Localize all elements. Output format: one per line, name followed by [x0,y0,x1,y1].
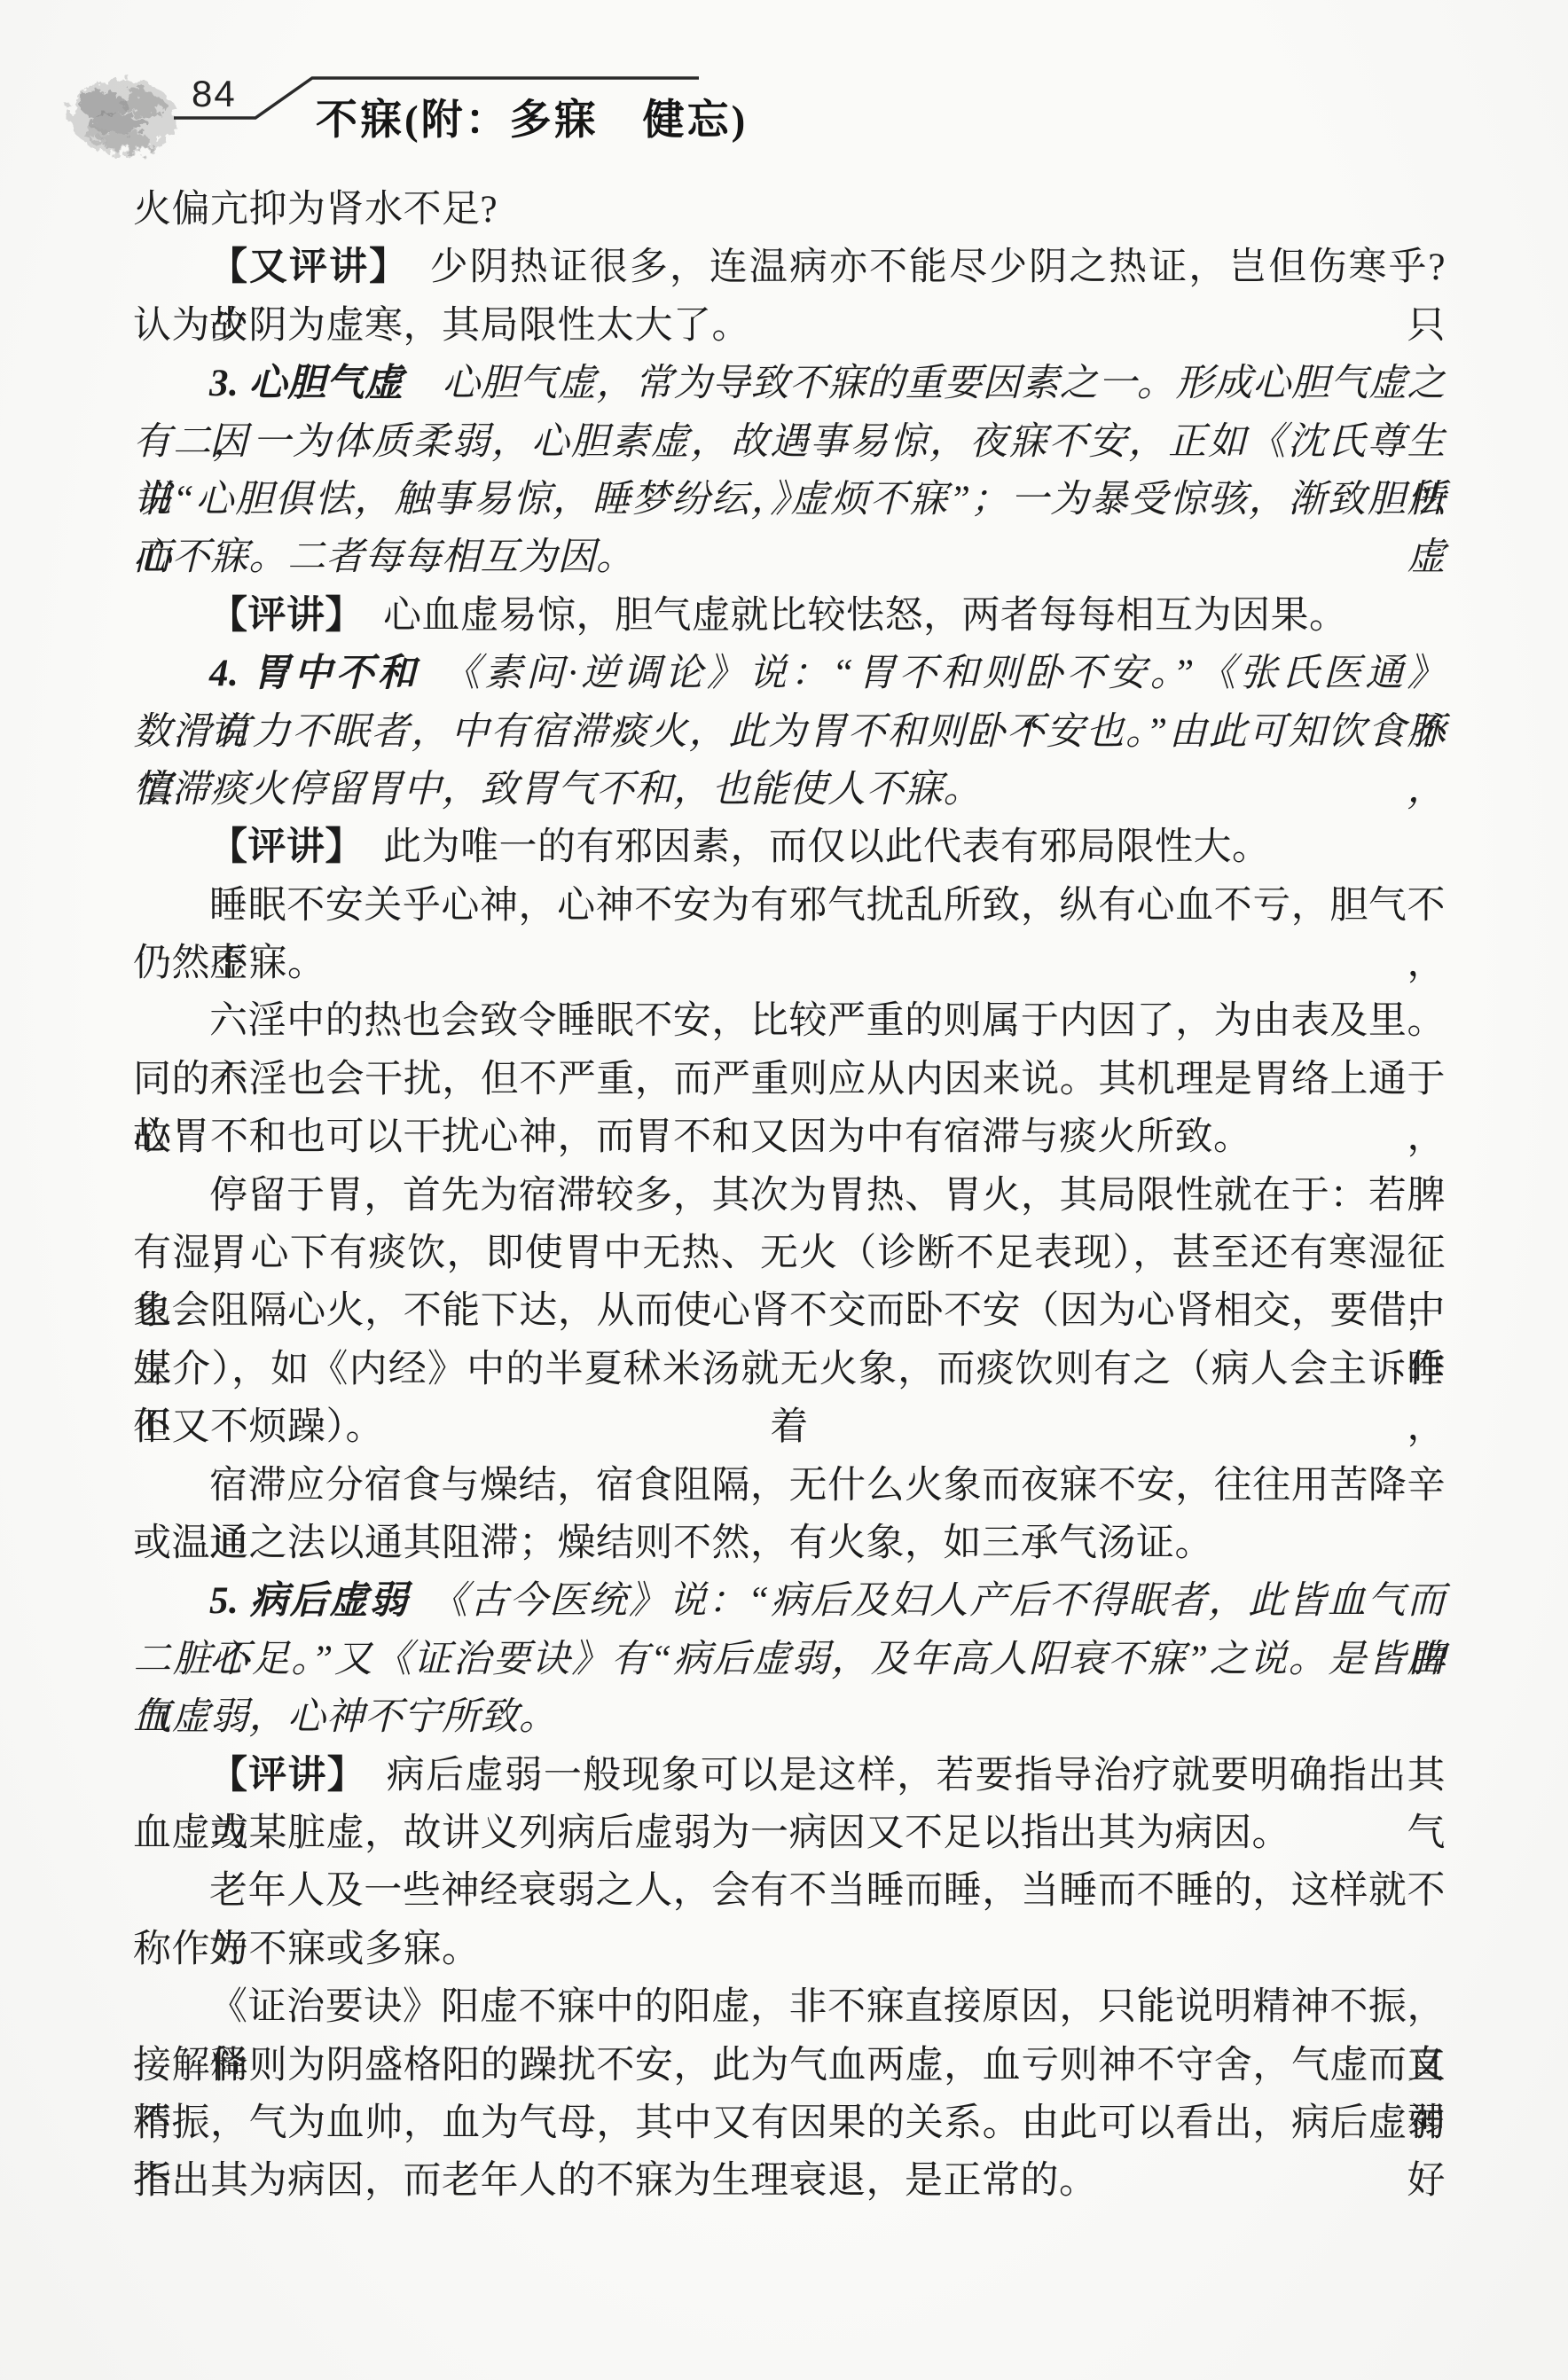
paragraph-label: 【评讲】 [209,826,345,868]
text-line: 有二，一为体质柔弱，心胆素虚，故遇事易惊，夜寐不安，正如《沈氏尊生书》所 [133,413,1446,471]
paragraph-label: 【又评讲】 [209,247,390,288]
text-line: 宿滞应分宿食与燥结，宿食阻隔，无什么火象而夜寐不安，往往用苦降辛通 [133,1457,1446,1515]
text-line: 或温通之法以通其阻滞；燥结则不然，有火象，如三承气汤证。 [133,1515,1446,1572]
text-line: 有湿，心下有痰饮，即使胃中无热、无火（诊断不足表现），甚至还有寒湿征象， [133,1225,1446,1282]
text-line: 【评讲】 病后虚弱一般现象可以是这样，若要指导治疗就要明确指出其为气 [133,1747,1446,1805]
text-line: 不振，气为血帅，血为气母，其中又有因果的关系。由此可以看出，病后虚弱不好 [133,2094,1446,2152]
text-line: 4. 胃中不和 《素问·逆调论》说：“胃不和则卧不安。”《张氏医通》说：“脉 [133,645,1446,702]
text-line: 数滑有力不眠者，中有宿滞痰火，此为胃不和则卧不安也。”由此可知饮食不慎， [133,703,1446,761]
paragraph-label: 【评讲】 [209,1755,348,1797]
body-text: 火偏亢抑为肾水不足?【又评讲】 少阴热证很多，连温病亦不能尽少阴之热证，岂但伤寒… [133,181,1446,2211]
paragraph-label: 【评讲】 [209,595,345,637]
paragraph-label: 5. 病后虚弱 [209,1580,409,1622]
text-line: 接解释则为阴盛格阳的躁扰不安，此为气血两虚，血亏则神不守舍，气虚而又精神 [133,2037,1446,2094]
text-line: 3. 心胆气虚 心胆气虚，常为导致不寐的重要因素之一。形成心胆气虚之因 [133,355,1446,412]
text-line: 故胃不和也可以干扰心神，而胃不和又因为中有宿滞与痰火所致。 [133,1108,1446,1166]
text-line: 《证治要诀》阳虚不寐中的阳虚，非不寐直接原因，只能说明精神不振，倘直 [133,1978,1446,2036]
text-line: 睡眠不安关乎心神，心神不安为有邪气扰乱所致，纵有心血不亏，胆气不虚， [133,877,1446,935]
text-line: 同的六淫也会干扰，但不严重，而严重则应从内因来说。其机理是胃络上通于心， [133,1051,1446,1108]
chapter-title: 不寐(附：多寐 健忘) [316,87,748,146]
text-line: 血虚或某脏虚，故讲义列病后虚弱为一病因又不足以指出其为病因。 [133,1805,1446,1862]
paragraph-label: 3. 心胆气虚 [209,363,404,404]
text-line: 媒介），如《内经》中的半夏秫米汤就无火象，而痰饮则有之（病人会主诉睡不着， [133,1341,1446,1398]
text-line: 血虚弱，心神不宁所致。 [133,1688,1446,1746]
text-line: 火偏亢抑为肾水不足? [133,181,1446,239]
scanned-book-page: 84 不寐(附：多寐 健忘) 火偏亢抑为肾水不足?【又评讲】 少阴热证很多，连温… [0,0,1568,2380]
text-line: 也会阻隔心火，不能下达，从而使心肾不交而卧不安（因为心肾相交，要借中土作 [133,1282,1446,1340]
text-line: 称作为不寐或多寐。 [133,1921,1446,1978]
text-line: 说“心胆俱怯，触事易惊，睡梦纷纭，虚烦不寐”；一为暴受惊骇，渐致胆怯心虚 [133,471,1446,528]
paragraph-label: 4. 胃中不和 [209,653,419,694]
text-line: 【评讲】 心血虚易惊，胆气虚就比较怯怒，两者每每相互为因果。 [133,587,1446,645]
text-line: 5. 病后虚弱 《古今医统》说：“病后及妇人产后不得眠者，此皆血气而心脾 [133,1572,1446,1630]
page-number: 84 [192,73,237,115]
text-line: 二脏不足。”又《证治要诀》有“病后虚弱，及年高人阳衰不寐”之说。是皆由气 [133,1631,1446,1688]
text-line: 【评讲】 此为唯一的有邪因素，而仅以此代表有邪局限性大。 [133,818,1446,876]
text-line: 老年人及一些神经衰弱之人，会有不当睡而睡，当睡而不睡的，这样就不好 [133,1862,1446,1920]
text-line: 停留于胃，首先为宿滞较多，其次为胃热、胃火，其局限性就在于：若脾胃 [133,1167,1446,1225]
text-line: 六淫中的热也会致令睡眠不安，比较严重的则属于内因了，为由表及里。不 [133,992,1446,1050]
text-line: 【又评讲】 少阴热证很多，连温病亦不能尽少阴之热证，岂但伤寒乎? 故只 [133,239,1446,296]
